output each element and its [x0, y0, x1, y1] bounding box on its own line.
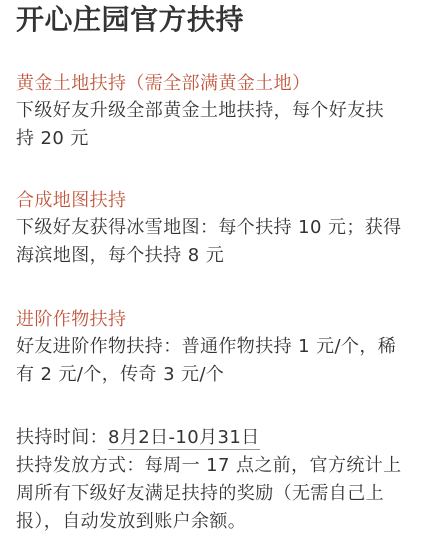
section-merge-map: 合成地图扶持 下级好友获得冰雪地图：每个扶持 10 元；获得 海滨地图，每个扶持… [16, 187, 436, 270]
section-heading: 进阶作物扶持 [16, 306, 436, 333]
body-line: 有 2 元/个，传奇 3 元/个 [16, 361, 436, 389]
schedule-label: 扶持时间： [16, 427, 108, 448]
page-title: 开心庄园官方扶持 [16, 2, 244, 38]
body-line: 海滨地图，每个扶持 8 元 [16, 242, 436, 270]
body-line: 下级好友升级全部黄金土地扶持，每个好友扶 [16, 97, 436, 125]
payout-line: 报），自动发放到账户余额。 [16, 508, 436, 536]
section-body: 好友进阶作物扶持：普通作物扶持 1 元/个，稀 有 2 元/个，传奇 3 元/个 [16, 333, 436, 389]
body-line: 下级好友获得冰雪地图：每个扶持 10 元；获得 [16, 214, 436, 242]
body-line: 持 20 元 [16, 125, 436, 153]
section-golden-land: 黄金土地扶持（需全部满黄金土地） 下级好友升级全部黄金土地扶持，每个好友扶 持 … [16, 70, 436, 153]
section-heading: 合成地图扶持 [16, 187, 436, 214]
payout-line: 扶持发放方式：每周一 17 点之前，官方统计上 [16, 452, 436, 480]
section-heading: 黄金土地扶持（需全部满黄金土地） [16, 70, 436, 97]
section-body: 下级好友获得冰雪地图：每个扶持 10 元；获得 海滨地图，每个扶持 8 元 [16, 214, 436, 270]
schedule-line: 扶持时间：8月2日-10月31日 扶持发放方式：每周一 17 点之前，官方统计上… [16, 424, 436, 536]
schedule: 扶持时间：8月2日-10月31日 [16, 424, 436, 452]
section-advanced-crops: 进阶作物扶持 好友进阶作物扶持：普通作物扶持 1 元/个，稀 有 2 元/个，传… [16, 306, 436, 389]
payout-line: 周所有下级好友满足扶持的奖励（无需自己上 [16, 480, 436, 508]
section-body: 下级好友升级全部黄金土地扶持，每个好友扶 持 20 元 [16, 97, 436, 153]
schedule-dates-link[interactable]: 8月2日-10月31日 [108, 427, 260, 450]
body-line: 好友进阶作物扶持：普通作物扶持 1 元/个，稀 [16, 333, 436, 361]
section-schedule-payout: 扶持时间：8月2日-10月31日 扶持发放方式：每周一 17 点之前，官方统计上… [16, 424, 436, 536]
